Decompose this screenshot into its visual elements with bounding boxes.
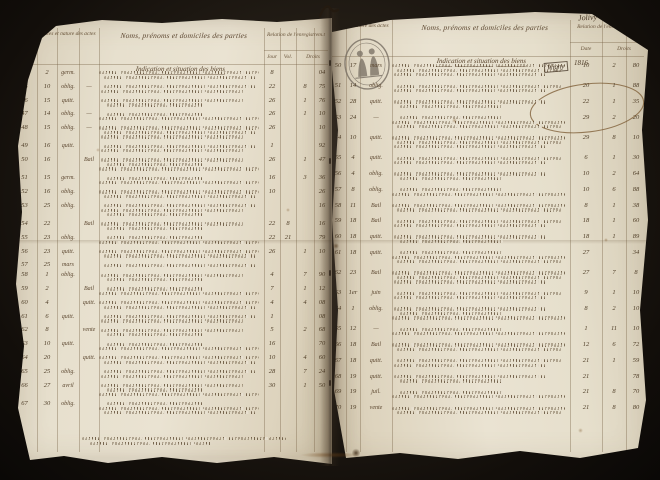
entry-day: 27 bbox=[37, 383, 57, 390]
register-row: 64 1 oblig. 8 2 10 bbox=[330, 303, 648, 323]
enr-date: 29 bbox=[570, 135, 602, 142]
enr-day: 1 bbox=[264, 143, 280, 150]
enr-date: 10 bbox=[570, 63, 602, 70]
register-row: 61 6 quitt. 1 08 bbox=[12, 312, 330, 326]
enr-date: 29 bbox=[570, 115, 602, 122]
enr-centimes: 10 bbox=[626, 135, 646, 142]
entry-day: 2 bbox=[37, 286, 57, 293]
entry-act-type: — bbox=[360, 326, 392, 332]
entry-handwriting bbox=[99, 327, 264, 337]
register-row: 44 2 germ. 8 04 bbox=[12, 68, 330, 82]
entry-day: 12 bbox=[346, 326, 360, 333]
entry-handwriting bbox=[99, 98, 264, 108]
entry-handwriting bbox=[99, 125, 264, 140]
enr-date: 20 bbox=[570, 83, 602, 90]
register-row: 57 8 oblig. 10 6 88 bbox=[330, 184, 648, 200]
enr-francs: 8 bbox=[602, 135, 626, 142]
entry-act-type: vente bbox=[79, 327, 99, 333]
entry-act-type: — bbox=[79, 84, 99, 90]
register-row: 68 19 quitt. 21 78 bbox=[330, 371, 648, 387]
enr-date: 21 bbox=[570, 389, 602, 396]
entry-act-type: quitt. bbox=[360, 155, 392, 161]
entry-act-type: quitt. bbox=[360, 234, 392, 240]
stitch bbox=[329, 60, 331, 66]
title-line-1: Noms, prénoms et domiciles des parties bbox=[108, 31, 259, 40]
enr-francs: 7 bbox=[296, 272, 314, 279]
enr-date: 27 bbox=[570, 270, 602, 277]
register-row: 45 10 oblig. — 22 8 75 bbox=[12, 82, 330, 96]
entry-act-type: — bbox=[79, 125, 99, 131]
entry-handwriting bbox=[392, 306, 570, 321]
column-header-dates: Dates et nature des actes bbox=[332, 23, 391, 30]
register-row: 55 4 quitt. 6 1 30 bbox=[330, 152, 648, 168]
entry-number: 58 bbox=[12, 272, 37, 279]
entry-number: 46 bbox=[12, 98, 37, 105]
register-row: 49 16 quitt. 1 92 bbox=[12, 141, 330, 155]
register-row: 62 8 vente 5 2 68 bbox=[12, 325, 330, 339]
enr-header-underline bbox=[264, 50, 328, 51]
enr-day: 26 bbox=[264, 111, 280, 118]
entry-act-type: quitt. bbox=[360, 135, 392, 141]
entry-day: 19 bbox=[346, 405, 360, 412]
title-line-1: Noms, prénoms et domiciles des parties bbox=[401, 23, 568, 32]
register-row: 52 16 oblig. 10 26 bbox=[12, 187, 330, 201]
enr-centimes: 70 bbox=[626, 389, 646, 396]
register-row: 60 18 quitt. 18 1 89 bbox=[330, 231, 648, 247]
entry-act-type: juin bbox=[360, 290, 392, 296]
entry-handwriting bbox=[99, 341, 264, 351]
entry-handwriting bbox=[99, 249, 264, 259]
entry-day: 18 bbox=[346, 342, 360, 349]
enr-francs: 1 bbox=[602, 155, 626, 162]
register-row: 54 10 quitt. 29 8 10 bbox=[330, 132, 648, 152]
register-row: 55 23 oblig. 22 21 79 bbox=[12, 233, 330, 247]
entry-day: 19 bbox=[346, 389, 360, 396]
enr-centimes: 20 bbox=[626, 115, 646, 122]
entry-handwriting bbox=[392, 115, 570, 130]
enr-date: 21 bbox=[570, 405, 602, 412]
column-header-dates: Dates et nature des actes bbox=[39, 31, 98, 38]
register-row: 70 19 vente 21 8 80 bbox=[330, 402, 648, 418]
entry-handwriting bbox=[99, 272, 264, 282]
entry-handwriting bbox=[99, 221, 264, 231]
foxing-spot bbox=[578, 428, 583, 433]
enr-centimes: 10 bbox=[626, 326, 646, 333]
register-spread-photo: N° Dates et nature des actes Noms, préno… bbox=[0, 0, 660, 480]
entry-number: 50 bbox=[12, 157, 37, 164]
entry-day: 18 bbox=[346, 218, 360, 225]
stitch bbox=[329, 270, 331, 276]
entry-act-type: Bail bbox=[79, 221, 99, 227]
enr-col-droits: Droits bbox=[602, 46, 646, 52]
enr-day: 8 bbox=[264, 70, 280, 77]
entry-month: quitt. bbox=[57, 249, 79, 255]
foxing-spot bbox=[604, 238, 608, 242]
entry-act-type: quitt. bbox=[360, 250, 392, 256]
enr-day: 16 bbox=[264, 341, 280, 348]
enr-date: 8 bbox=[570, 203, 602, 210]
enr-francs: 1 bbox=[602, 290, 626, 297]
register-row: 54 22 Bail 22 8 16 bbox=[12, 219, 330, 233]
entry-day: 18 bbox=[346, 234, 360, 241]
entry-handwriting bbox=[99, 383, 264, 398]
entry-act-type: Bail bbox=[79, 157, 99, 163]
entry-handwriting bbox=[99, 189, 264, 199]
binding-thread-icon bbox=[318, 2, 340, 18]
column-header-number: N° bbox=[16, 32, 37, 40]
enr-centimes: 59 bbox=[626, 358, 646, 365]
register-row: 56 4 oblig. 10 2 64 bbox=[330, 168, 648, 184]
entry-number: 59 bbox=[12, 286, 37, 293]
enr-francs: 1 bbox=[602, 99, 626, 106]
entry-day: 10 bbox=[37, 84, 57, 91]
register-row: 48 15 oblig. — 26 10 bbox=[12, 123, 330, 141]
entry-handwriting bbox=[392, 374, 570, 384]
register-row: 58 11 Bail 8 1 38 bbox=[330, 200, 648, 216]
entry-handwriting bbox=[99, 84, 264, 94]
enr-centimes: 10 bbox=[626, 290, 646, 297]
right-page-entries: 50 17 mars 10 2 80 51 14 oblig. 20 1 88 bbox=[330, 60, 648, 418]
register-row: 52 28 quitt. 22 1 35 bbox=[330, 96, 648, 112]
entry-handwriting bbox=[99, 401, 264, 416]
enr-day: 1 bbox=[264, 314, 280, 321]
entry-act-type: Bail bbox=[360, 203, 392, 209]
entry-handwriting bbox=[392, 290, 570, 300]
register-row: 63 1er juin 9 1 10 bbox=[330, 287, 648, 303]
entry-handwriting bbox=[392, 155, 570, 165]
enr-centimes: 72 bbox=[626, 342, 646, 349]
register-row: 53 24 — 29 2 20 bbox=[330, 112, 648, 132]
entry-act-type: oblig. bbox=[360, 306, 392, 312]
entry-act-type: Bail bbox=[360, 218, 392, 224]
entry-month: oblig. bbox=[57, 125, 79, 131]
register-row: 64 20 quitt. 10 4 60 bbox=[12, 353, 330, 367]
enr-francs: 1 bbox=[602, 218, 626, 225]
entry-month: oblig. bbox=[57, 84, 79, 90]
entry-number: 47 bbox=[12, 111, 37, 118]
entry-day: 16 bbox=[37, 143, 57, 150]
entry-day: 6 bbox=[37, 314, 57, 321]
entry-number: 66 bbox=[12, 383, 37, 390]
enr-centimes: 89 bbox=[626, 234, 646, 241]
register-row: 59 2 Bail 7 1 12 bbox=[12, 284, 330, 298]
enr-centimes: 88 bbox=[626, 83, 646, 90]
entry-day: 10 bbox=[37, 341, 57, 348]
enr-francs: 1 bbox=[296, 249, 314, 256]
entry-day: 4 bbox=[37, 300, 57, 307]
entry-day: 16 bbox=[37, 189, 57, 196]
enr-francs: 7 bbox=[296, 369, 314, 376]
entry-month: oblig. bbox=[57, 401, 79, 407]
entry-number: 57 bbox=[12, 262, 37, 269]
enr-centimes: 78 bbox=[626, 374, 646, 381]
entry-day: 23 bbox=[37, 235, 57, 242]
register-row: 67 18 quitt. 21 1 59 bbox=[330, 355, 648, 371]
enregistrement-subheaders: Date Droits bbox=[570, 46, 646, 52]
register-row: 60 4 quitt. 4 4 08 bbox=[12, 298, 330, 312]
entry-day: 28 bbox=[346, 99, 360, 106]
register-row: 50 17 mars 10 2 80 bbox=[330, 60, 648, 80]
enr-centimes: 64 bbox=[626, 171, 646, 178]
enr-vol: 8 bbox=[280, 221, 296, 228]
entry-handwriting bbox=[392, 342, 570, 352]
foxing-spot bbox=[96, 148, 100, 152]
enr-vol: 21 bbox=[280, 235, 296, 242]
enr-day: 22 bbox=[264, 84, 280, 91]
enr-centimes: 60 bbox=[626, 218, 646, 225]
entry-month: germ. bbox=[57, 70, 79, 76]
enr-day: 22 bbox=[264, 221, 280, 228]
enr-francs: 1 bbox=[602, 83, 626, 90]
entry-handwriting bbox=[392, 270, 570, 285]
entry-day: 23 bbox=[37, 249, 57, 256]
entry-handwriting bbox=[392, 405, 570, 415]
enr-francs: 3 bbox=[296, 175, 314, 182]
entry-act-type: Bail bbox=[79, 286, 99, 292]
entry-month: quitt. bbox=[57, 314, 79, 320]
entry-day: 1er bbox=[346, 290, 360, 297]
entry-handwriting bbox=[392, 389, 570, 399]
enr-centimes: 88 bbox=[626, 187, 646, 194]
register-row: 46 15 quitt. 26 1 76 bbox=[12, 96, 330, 110]
entry-number: 45 bbox=[12, 84, 37, 91]
entry-handwriting bbox=[392, 234, 570, 244]
enr-day: 26 bbox=[264, 125, 280, 132]
entry-day: 20 bbox=[37, 355, 57, 362]
entry-handwriting bbox=[392, 63, 570, 78]
entry-act-type: quitt. bbox=[79, 300, 99, 306]
entry-number: 64 bbox=[12, 355, 37, 362]
register-row: 59 18 Bail 18 1 60 bbox=[330, 215, 648, 231]
register-row: 57 25 mars bbox=[12, 260, 330, 270]
entry-handwriting bbox=[99, 355, 264, 365]
entry-act-type: vente bbox=[360, 405, 392, 411]
enr-francs: 8 bbox=[602, 405, 626, 412]
entry-act-type: mars bbox=[360, 63, 392, 69]
entry-number: 60 bbox=[12, 300, 37, 307]
enr-centimes: 8 bbox=[626, 270, 646, 277]
entry-day: 14 bbox=[37, 111, 57, 118]
entry-act-type: oblig. bbox=[360, 83, 392, 89]
register-row: 47 14 oblig. — 26 1 10 bbox=[12, 109, 330, 123]
enr-centimes: 34 bbox=[626, 250, 646, 257]
entry-number: 51 bbox=[12, 175, 37, 182]
entry-number: 56 bbox=[12, 249, 37, 256]
corner-note: Jolivy bbox=[578, 13, 598, 23]
enr-francs: 4 bbox=[296, 300, 314, 307]
entry-month: quitt. bbox=[57, 341, 79, 347]
register-row: 67 30 oblig. bbox=[12, 399, 330, 417]
enr-francs: 1 bbox=[296, 286, 314, 293]
register-row: 51 14 oblig. 20 1 88 bbox=[330, 80, 648, 96]
entry-handwriting bbox=[392, 218, 570, 228]
enr-date: 18 bbox=[570, 234, 602, 241]
enr-centimes: 80 bbox=[626, 405, 646, 412]
entry-day: 1 bbox=[37, 272, 57, 279]
enr-francs: 1 bbox=[296, 111, 314, 118]
enr-francs: 2 bbox=[602, 63, 626, 70]
entry-day: 2 bbox=[37, 70, 57, 77]
entry-handwriting bbox=[99, 175, 264, 185]
enr-date: 22 bbox=[570, 99, 602, 106]
entry-day: 8 bbox=[37, 327, 57, 334]
enregistrement-header: Relation de l'enregistrement bbox=[570, 24, 646, 30]
entry-act-type: quitt. bbox=[360, 374, 392, 380]
entry-act-type: Bail bbox=[360, 270, 392, 276]
enr-francs: 6 bbox=[602, 342, 626, 349]
entry-month: oblig. bbox=[57, 189, 79, 195]
entry-act-type: juil. bbox=[360, 389, 392, 395]
enr-date: 8 bbox=[570, 306, 602, 313]
enr-date: 9 bbox=[570, 290, 602, 297]
enr-date: 10 bbox=[570, 187, 602, 194]
register-row: 66 18 Bail 12 6 72 bbox=[330, 339, 648, 355]
enr-day: 22 bbox=[264, 235, 280, 242]
entry-day: 14 bbox=[346, 83, 360, 90]
enr-day: 26 bbox=[264, 157, 280, 164]
register-row: 69 19 juil. 21 8 70 bbox=[330, 386, 648, 402]
entry-handwriting bbox=[392, 358, 570, 368]
enr-francs: 1 bbox=[296, 98, 314, 105]
entry-month: mars bbox=[57, 262, 79, 268]
closing-note-handwriting bbox=[82, 436, 292, 446]
entry-day: 4 bbox=[346, 155, 360, 162]
entry-month: oblig. bbox=[57, 235, 79, 241]
enr-centimes: 30 bbox=[626, 155, 646, 162]
entry-handwriting bbox=[392, 135, 570, 150]
enr-francs: 6 bbox=[602, 187, 626, 194]
entry-day: 4 bbox=[346, 171, 360, 178]
entry-act-type: quitt. bbox=[360, 358, 392, 364]
entry-act-type: — bbox=[360, 115, 392, 121]
register-row: 63 10 quitt. 16 70 bbox=[12, 339, 330, 353]
entry-day: 17 bbox=[346, 63, 360, 70]
entry-act-type: quitt. bbox=[79, 355, 99, 361]
entry-day: 22 bbox=[37, 221, 57, 228]
entry-month: quitt. bbox=[57, 143, 79, 149]
entry-day: 25 bbox=[37, 262, 57, 269]
enr-date: 21 bbox=[570, 358, 602, 365]
entry-number: 62 bbox=[12, 327, 37, 334]
enr-day: 10 bbox=[264, 355, 280, 362]
register-row: 56 23 quitt. 26 1 10 bbox=[12, 247, 330, 261]
entry-handwriting bbox=[99, 111, 264, 121]
enr-francs: 1 bbox=[296, 157, 314, 164]
entry-number: 53 bbox=[12, 203, 37, 210]
enr-francs: 1 bbox=[602, 203, 626, 210]
enr-centimes: 80 bbox=[626, 63, 646, 70]
stitch bbox=[329, 158, 331, 164]
entry-month: avril bbox=[57, 383, 79, 389]
enr-day: 26 bbox=[264, 98, 280, 105]
foxing-spot bbox=[286, 208, 290, 212]
enr-col-jour: Jour bbox=[264, 54, 280, 60]
entry-month: oblig. bbox=[57, 111, 79, 117]
enr-col-date: Date bbox=[570, 46, 602, 52]
register-row: 65 25 oblig. 28 7 24 bbox=[12, 367, 330, 381]
entry-handwriting bbox=[99, 286, 264, 296]
enr-day: 4 bbox=[264, 272, 280, 279]
enr-day: 16 bbox=[264, 175, 280, 182]
entry-handwriting bbox=[99, 235, 264, 245]
enr-francs: 2 bbox=[602, 171, 626, 178]
enr-francs: 8 bbox=[296, 84, 314, 91]
entry-number: 67 bbox=[12, 401, 37, 408]
register-row: 65 12 — 1 11 10 bbox=[330, 323, 648, 339]
enr-day: 10 bbox=[264, 189, 280, 196]
enr-date: 10 bbox=[570, 171, 602, 178]
entry-day: 15 bbox=[37, 125, 57, 132]
entry-number: 54 bbox=[12, 221, 37, 228]
entry-day: 15 bbox=[37, 98, 57, 105]
enr-day: 28 bbox=[264, 369, 280, 376]
entry-day: 8 bbox=[346, 187, 360, 194]
register-row: 61 18 quitt. 27 34 bbox=[330, 247, 648, 267]
entry-handwriting bbox=[392, 99, 570, 109]
enr-francs: 1 bbox=[296, 383, 314, 390]
entry-handwriting bbox=[392, 171, 570, 181]
entry-number: 63 bbox=[12, 341, 37, 348]
entry-act-type: — bbox=[79, 111, 99, 117]
entry-day: 18 bbox=[346, 250, 360, 257]
entry-number: 49 bbox=[12, 143, 37, 150]
enr-header-underline bbox=[570, 42, 644, 43]
enr-francs: 7 bbox=[602, 270, 626, 277]
left-page-entries: 44 2 germ. 8 04 45 10 oblig. — 22 bbox=[12, 68, 330, 417]
enr-day: 4 bbox=[264, 300, 280, 307]
entry-handwriting bbox=[99, 203, 264, 218]
entry-day: 1 bbox=[346, 306, 360, 313]
enr-centimes: 10 bbox=[626, 306, 646, 313]
entry-day: 11 bbox=[346, 203, 360, 210]
entry-day: 25 bbox=[37, 203, 57, 210]
enr-date: 12 bbox=[570, 342, 602, 349]
entry-day: 19 bbox=[346, 374, 360, 381]
entry-number: 55 bbox=[12, 235, 37, 242]
enr-francs: 2 bbox=[602, 306, 626, 313]
enr-date: 21 bbox=[570, 374, 602, 381]
entry-day: 25 bbox=[37, 369, 57, 376]
entry-act-type: quitt. bbox=[360, 99, 392, 105]
entry-month: oblig. bbox=[57, 272, 79, 278]
entry-day: 24 bbox=[346, 115, 360, 122]
enr-date: 27 bbox=[570, 250, 602, 257]
entry-number: 65 bbox=[12, 369, 37, 376]
entry-handwriting bbox=[99, 369, 264, 379]
entry-day: 16 bbox=[37, 157, 57, 164]
enr-centimes: 35 bbox=[626, 99, 646, 106]
register-row: 51 15 germ. 16 3 36 bbox=[12, 173, 330, 187]
entry-month: quitt. bbox=[57, 98, 79, 104]
entry-number: 52 bbox=[12, 189, 37, 196]
entry-day: 18 bbox=[346, 358, 360, 365]
enr-col-vol: Vol. bbox=[280, 54, 296, 60]
enr-date: 18 bbox=[570, 218, 602, 225]
entry-number: 61 bbox=[12, 314, 37, 321]
entry-handwriting bbox=[392, 203, 570, 213]
entry-handwriting bbox=[392, 250, 570, 265]
center-fold bbox=[320, 8, 340, 466]
enr-francs: 4 bbox=[296, 355, 314, 362]
foxing-spot bbox=[452, 118, 457, 123]
entry-day: 15 bbox=[37, 175, 57, 182]
entry-handwriting bbox=[99, 262, 264, 268]
entry-day: 23 bbox=[346, 270, 360, 277]
entry-number: 44 bbox=[12, 70, 37, 77]
enr-francs: 2 bbox=[296, 327, 314, 334]
entry-month: oblig. bbox=[57, 369, 79, 375]
enr-francs: 8 bbox=[602, 389, 626, 396]
